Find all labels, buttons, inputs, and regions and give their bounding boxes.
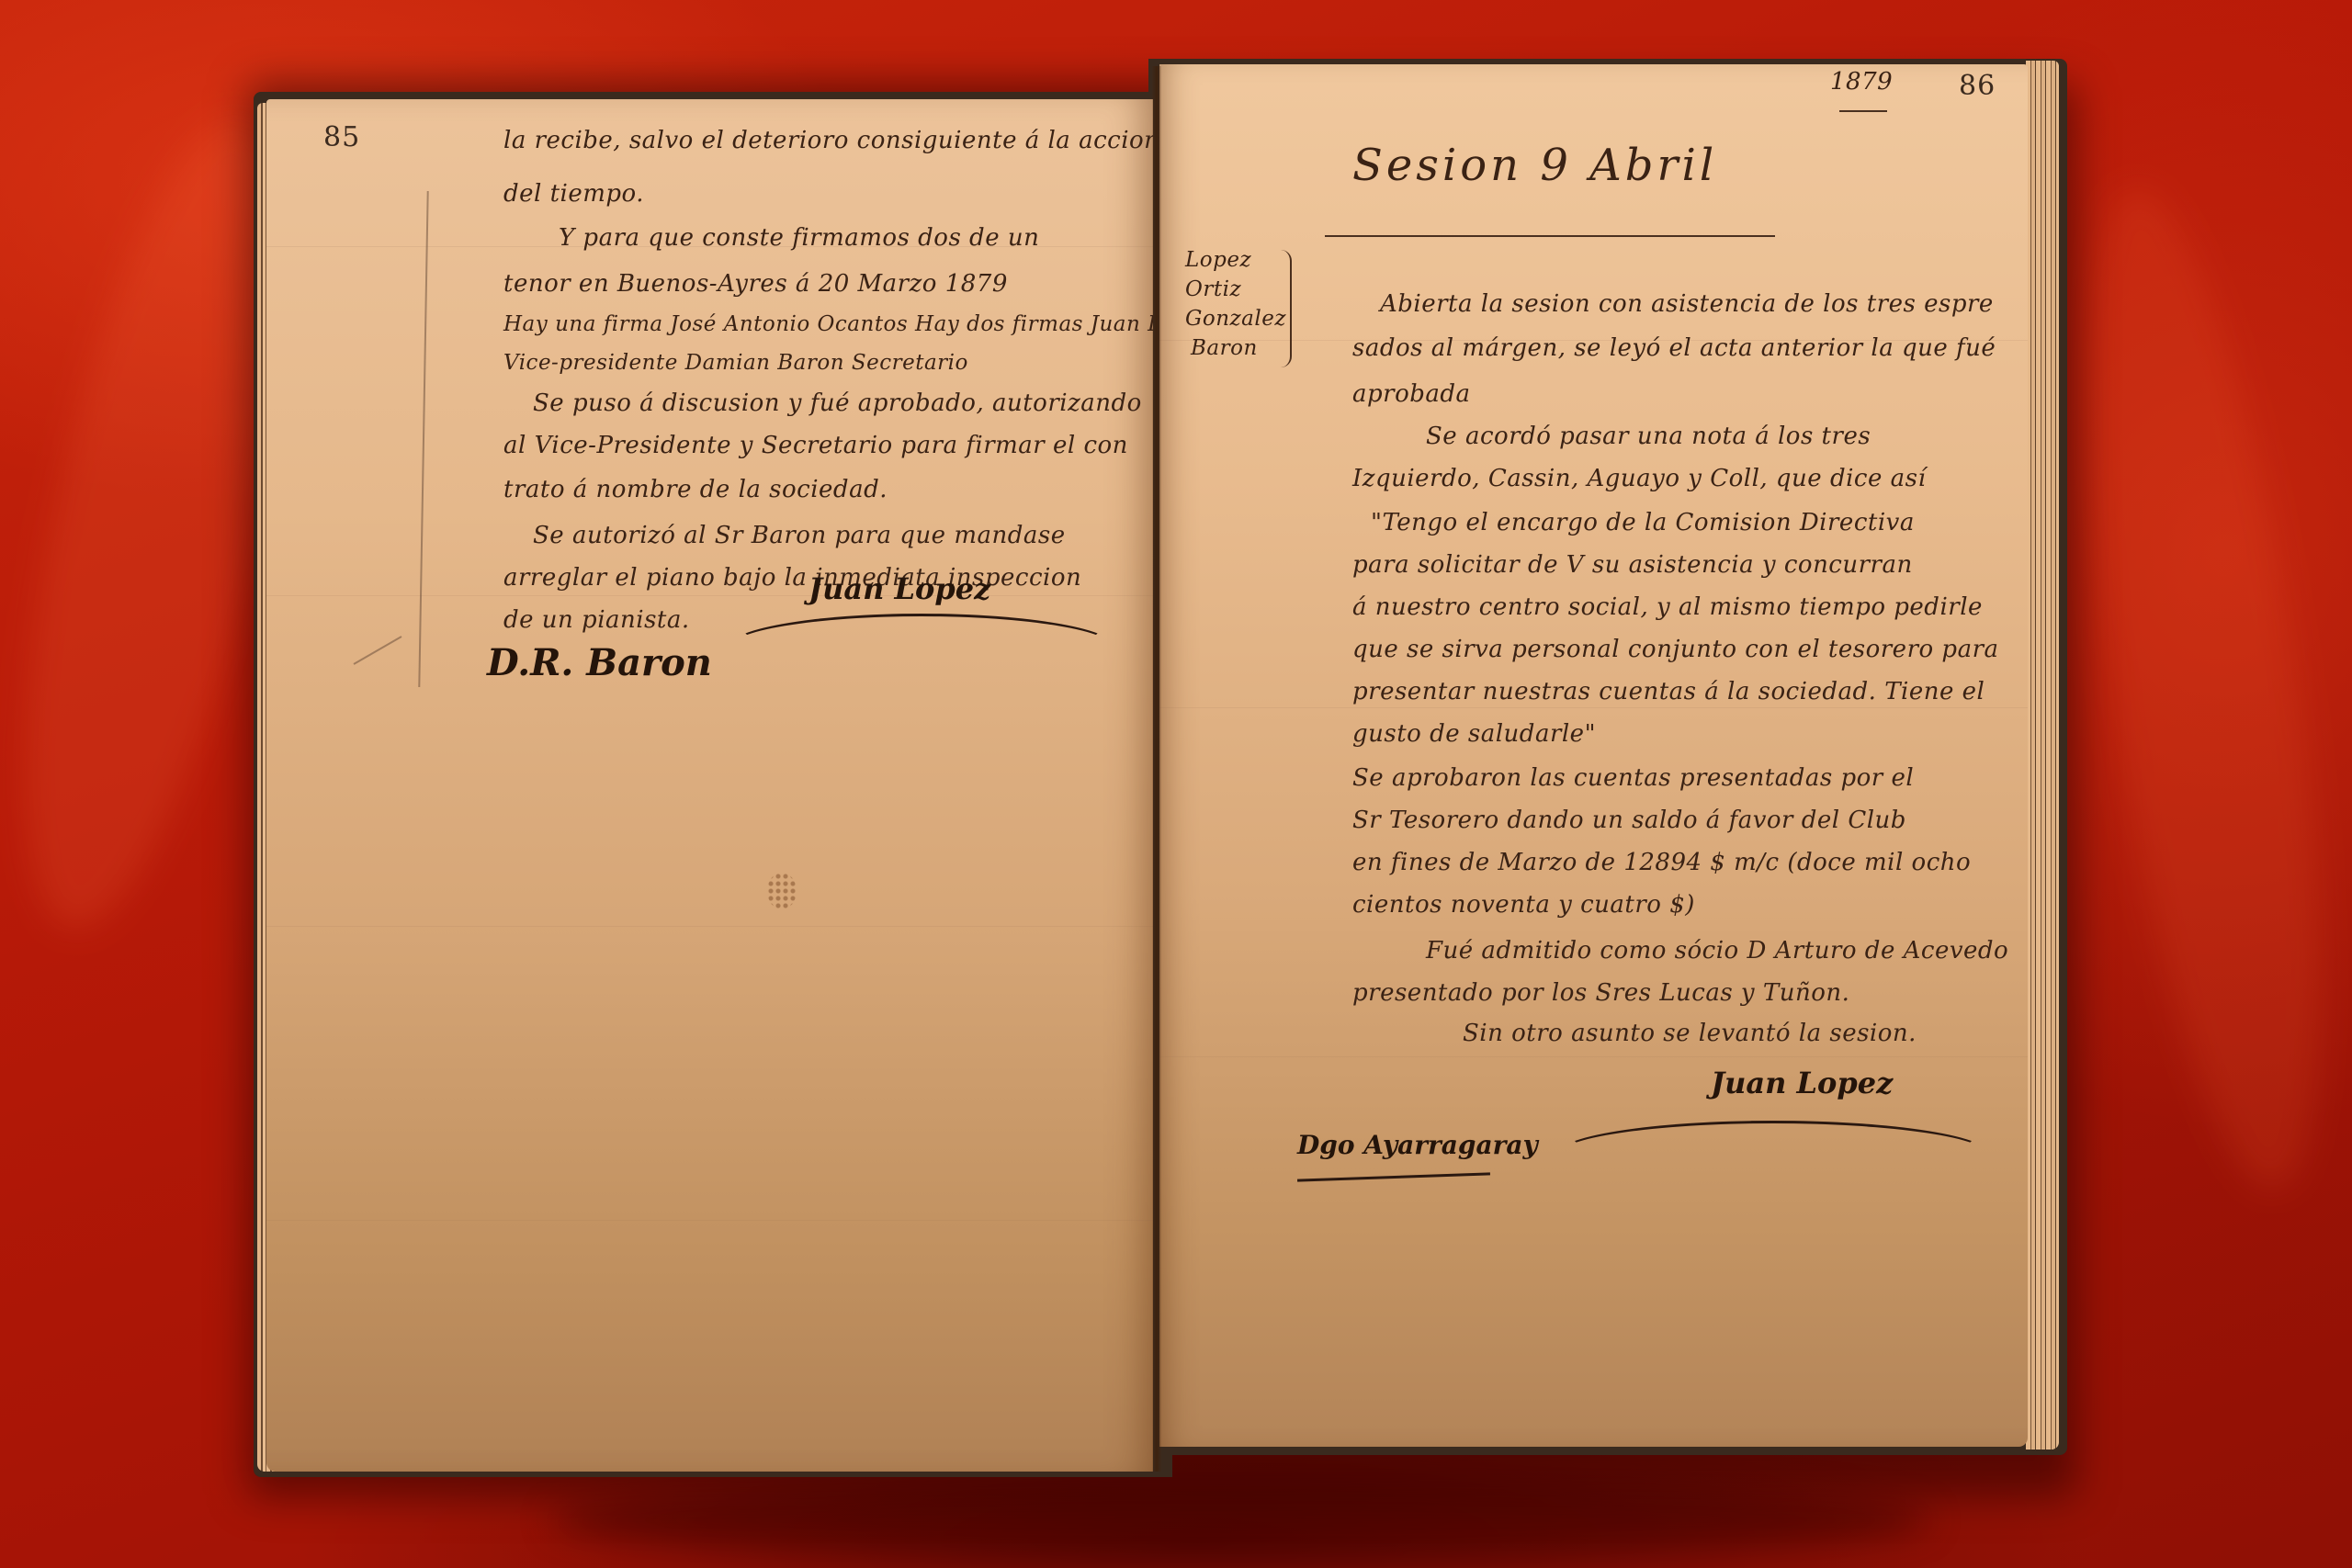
text-line: Se acordó pasar una nota á los tres [1426, 423, 1871, 450]
page-number-left: 85 [323, 121, 360, 153]
signature-flourish [726, 614, 1117, 683]
text-line: Izquierdo, Cassin, Aguayo y Coll, que di… [1352, 465, 1926, 492]
signature-underline [1297, 1172, 1490, 1181]
session-heading: Sesion 9 Abril [1352, 140, 1717, 191]
text-line: sados al márgen, se leyó el acta anterio… [1352, 334, 1996, 362]
text-line: Fué admitido como sócio D Arturo de Acev… [1426, 937, 2008, 964]
pencil-curve [354, 636, 402, 665]
text-line: trato á nombre de la sociedad. [503, 476, 888, 503]
attendee-name: Gonzalez [1185, 307, 1286, 331]
text-line: presentado por los Sres Lucas y Tuñon. [1352, 979, 1849, 1007]
text-line: en fines de Marzo de 12894 $ m/c (doce m… [1352, 849, 1971, 876]
page-edges-right [2026, 61, 2059, 1450]
attendee-bracket [1281, 250, 1292, 367]
text-line: gusto de saludarle" [1352, 720, 1596, 748]
margin-pencil-line [418, 191, 428, 687]
embossed-stamp [767, 873, 797, 909]
text-line: cientos noventa y cuatro $) [1352, 891, 1695, 919]
text-line: Y para que conste firmamos dos de un [559, 224, 1039, 252]
text-line: Sr Tesorero dando un saldo á favor del C… [1352, 807, 1906, 834]
text-line: presentar nuestras cuentas á la sociedad… [1352, 678, 1984, 705]
text-line: "Tengo el encargo de la Comision Directi… [1371, 509, 1915, 536]
page-number-right: 86 [1959, 70, 1996, 102]
text-line: arreglar el piano bajo la inmediata insp… [503, 564, 1081, 592]
year-annotation: 1879 [1830, 68, 1893, 96]
text-line: para solicitar de V su asistencia y conc… [1352, 551, 1913, 579]
text-line: aprobada [1352, 380, 1471, 408]
signature-ayarragaray: Dgo Ayarragaray [1297, 1130, 1538, 1160]
attendee-list: Lopez Ortiz Gonzalez Baron [1185, 248, 1268, 367]
text-line: Hay una firma José Antonio Ocantos Hay d… [503, 312, 1153, 336]
attendee-name: Ortiz [1185, 277, 1241, 301]
signature-juan-lopez: Juan Lopez [808, 571, 990, 606]
text-line: del tiempo. [503, 180, 644, 208]
text-line: Se puso á discusion y fué aprobado, auto… [533, 389, 1142, 417]
text-line: Sin otro asunto se levantó la sesion. [1463, 1020, 1917, 1047]
signature-flourish [1555, 1121, 1992, 1190]
attendee-name: Lopez [1185, 248, 1251, 272]
text-line: Se aprobaron las cuentas presentadas por… [1352, 764, 1914, 792]
text-line: á nuestro centro social, y al mismo tiem… [1352, 593, 1983, 621]
attendee-name: Baron [1191, 336, 1258, 360]
text-line: tenor en Buenos-Ayres á 20 Marzo 1879 [503, 270, 1008, 298]
right-page: 1879 86 Sesion 9 Abril Lopez Ortiz Gonza… [1159, 64, 2028, 1447]
signature-baron: D.R. Baron [487, 641, 712, 684]
text-line: Se autorizó al Sr Baron para que mandase [533, 522, 1066, 549]
text-line: que se sirva personal conjunto con el te… [1352, 636, 1999, 663]
heading-underline [1325, 235, 1775, 237]
text-line: de un pianista. [503, 606, 690, 634]
text-line: Vice-presidente Damian Baron Secretario [503, 351, 968, 375]
book-spine [1152, 66, 1161, 1472]
signature-juan-lopez: Juan Lopez [1711, 1066, 1893, 1100]
text-line: la recibe, salvo el deterioro consiguien… [503, 127, 1153, 154]
fabric-highlight [2043, 175, 2352, 1201]
year-underline [1839, 110, 1887, 112]
left-page: 85 la recibe, salvo el deterioro consigu… [266, 99, 1153, 1472]
text-line: al Vice-Presidente y Secretario para fir… [503, 432, 1128, 459]
text-line: Abierta la sesion con asistencia de los … [1380, 290, 1994, 318]
